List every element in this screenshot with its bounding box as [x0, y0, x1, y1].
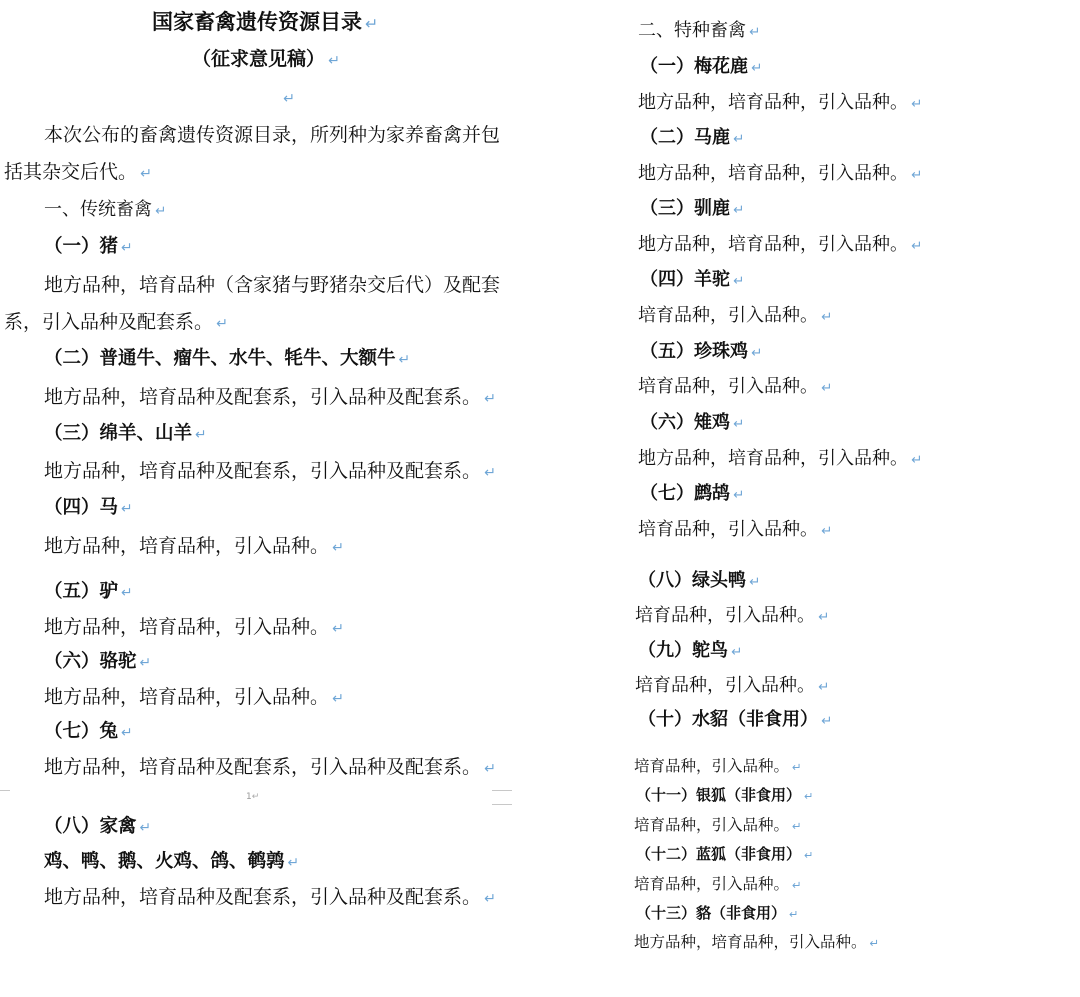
intro-text-cont: 括其杂交后代。↵ — [4, 163, 152, 182]
paragraph-mark-icon: ↵ — [749, 574, 760, 590]
item-heading: （十二）蓝狐（非食用）↵ — [636, 847, 813, 862]
paragraph-mark-icon: ↵ — [121, 501, 133, 517]
item-heading: （四）羊驼↵ — [640, 271, 744, 289]
intro-text: 本次公布的畜禽遗传资源目录，所列种为家养畜禽并包 — [44, 126, 500, 145]
item-desc: 培育品种，引入品种。↵ — [634, 818, 802, 834]
document-title: 国家畜禽遗传资源目录↵ — [152, 12, 378, 33]
item-desc: 地方品种，培育品种，引入品种。↵ — [638, 94, 922, 112]
paragraph-mark-icon: ↵ — [733, 273, 744, 289]
paragraph-mark-icon: ↵ — [733, 202, 744, 218]
paragraph-mark-icon: ↵ — [195, 427, 207, 443]
page-margin-mark — [492, 790, 512, 791]
item-heading: （一）猪↵ — [44, 238, 133, 257]
paragraph-mark-icon: ↵ — [751, 345, 762, 361]
paragraph-mark-icon: ↵ — [870, 936, 880, 950]
paragraph-mark-icon: ↵ — [332, 621, 344, 637]
paragraph-mark-icon: ↵ — [484, 391, 496, 407]
item-desc: 地方品种，培育品种（含家猪与野猪杂交后代）及配套 — [44, 276, 500, 295]
item-heading: （七）兔↵ — [44, 723, 133, 742]
item-desc: 地方品种，培育品种及配套系，引入品种及配套系。↵ — [44, 888, 496, 907]
paragraph-mark-icon: ↵ — [821, 309, 832, 325]
paragraph-mark-icon: ↵ — [818, 679, 829, 695]
item-heading: （六）雉鸡↵ — [640, 414, 744, 432]
paragraph-mark-icon: ↵ — [733, 487, 744, 503]
item-desc: 地方品种，培育品种及配套系，引入品种及配套系。↵ — [44, 462, 496, 481]
paragraph-mark-icon: ↵ — [751, 60, 762, 76]
paragraph-mark-icon: ↵ — [121, 585, 133, 601]
paragraph-mark-icon: ↵ — [484, 761, 496, 777]
paragraph-mark-icon: ↵ — [332, 540, 344, 556]
paragraph-mark-icon: ↵ — [332, 691, 344, 707]
paragraph-mark-icon: ↵ — [484, 465, 496, 481]
item-desc: 地方品种，培育品种，引入品种。↵ — [44, 618, 344, 637]
item-desc: 培育品种，引入品种。↵ — [634, 759, 802, 775]
paragraph-mark-icon: ↵ — [328, 53, 340, 69]
paragraph-mark-icon: ↵ — [821, 380, 832, 396]
paragraph-mark-icon: ↵ — [733, 131, 744, 147]
item-desc: 培育品种，引入品种。↵ — [634, 877, 802, 893]
paragraph-mark-icon: ↵ — [121, 240, 133, 256]
item-heading: （五）珍珠鸡↵ — [640, 343, 762, 361]
item-heading: （二）普通牛、瘤牛、水牛、牦牛、大额牛↵ — [44, 350, 410, 369]
paragraph-mark-icon: ↵ — [733, 416, 744, 432]
paragraph-mark-icon: ↵ — [749, 24, 760, 40]
paragraph-mark-icon: ↵ — [911, 452, 922, 468]
paragraph-mark-icon: ↵ — [121, 725, 133, 741]
paragraph-mark-icon: ↵ — [911, 96, 922, 112]
item-heading: （二）马鹿↵ — [640, 129, 744, 147]
item-heading: （五）驴↵ — [44, 583, 133, 602]
item-desc: 地方品种，培育品种及配套系，引入品种及配套系。↵ — [44, 758, 496, 777]
item-heading: （十）水貂（非食用）↵ — [638, 711, 832, 729]
paragraph-mark-icon: ↵ — [399, 352, 411, 368]
paragraph-mark-icon: ↵ — [140, 820, 152, 836]
item-desc: 培育品种，引入品种。↵ — [635, 677, 829, 695]
paragraph-mark-icon: ↵ — [911, 167, 922, 183]
paragraph-mark-icon: ↵ — [911, 238, 922, 254]
paragraph-mark-icon: ↵ — [789, 908, 798, 921]
document-subtitle: （征求意见稿）↵ — [192, 50, 340, 69]
paragraph-mark-icon: ↵ — [283, 91, 295, 107]
item-desc: 培育品种，引入品种。↵ — [638, 307, 832, 325]
paragraph-mark-icon: ↵ — [288, 855, 300, 871]
item-subheading: 鸡、鸭、鹅、火鸡、鸽、鹌鹑↵ — [44, 853, 299, 872]
paragraph-mark-icon: ↵ — [731, 644, 742, 660]
item-heading: （八）绿头鸭↵ — [638, 572, 760, 590]
item-heading: （八）家禽↵ — [44, 818, 151, 837]
item-desc: 地方品种，培育品种，引入品种。↵ — [44, 688, 344, 707]
item-desc: 地方品种，培育品种，引入品种。↵ — [638, 165, 922, 183]
paragraph-mark-icon: ↵ — [821, 523, 832, 539]
item-heading: （七）鹧鸪↵ — [640, 485, 744, 503]
item-desc: 培育品种，引入品种。↵ — [638, 521, 832, 539]
page-break-line — [0, 790, 10, 791]
paragraph-mark-icon: ↵ — [155, 203, 166, 219]
paragraph-mark-icon: ↵ — [140, 655, 152, 671]
paragraph-mark-icon: ↵ — [140, 166, 152, 182]
item-desc: 地方品种，培育品种，引入品种。↵ — [638, 450, 922, 468]
paragraph-mark-icon: ↵ — [792, 760, 802, 774]
item-desc: 地方品种，培育品种，引入品种。↵ — [44, 537, 344, 556]
paragraph-mark-icon: ↵ — [818, 609, 829, 625]
paragraph-mark-icon: ↵ — [484, 891, 496, 907]
item-desc: 地方品种，培育品种，引入品种。↵ — [634, 935, 879, 951]
item-desc-cont: 系，引入品种及配套系。↵ — [4, 313, 228, 332]
page-number: 1↵ — [246, 792, 259, 802]
paragraph-mark-icon: ↵ — [216, 316, 228, 332]
item-heading: （一）梅花鹿↵ — [640, 58, 762, 76]
paragraph-mark-icon: ↵ — [252, 792, 260, 802]
empty-paragraph: ↵ — [280, 88, 295, 107]
paragraph-mark-icon: ↵ — [804, 790, 813, 803]
item-heading: （九）鸵鸟↵ — [638, 642, 742, 660]
paragraph-mark-icon: ↵ — [792, 819, 802, 833]
item-desc: 地方品种，培育品种，引入品种。↵ — [638, 236, 922, 254]
item-heading: （三）绵羊、山羊↵ — [44, 425, 207, 444]
item-desc: 培育品种，引入品种。↵ — [638, 378, 832, 396]
paragraph-mark-icon: ↵ — [804, 849, 813, 862]
item-heading: （六）骆驼↵ — [44, 653, 151, 672]
page-margin-mark — [492, 804, 512, 805]
paragraph-mark-icon: ↵ — [365, 14, 378, 33]
section-heading: 二、特种畜禽↵ — [638, 22, 760, 40]
item-heading: （四）马↵ — [44, 499, 133, 518]
item-heading: （十一）银狐（非食用）↵ — [636, 788, 813, 803]
item-heading: （十三）貉（非食用）↵ — [636, 906, 798, 921]
item-desc: 地方品种，培育品种及配套系，引入品种及配套系。↵ — [44, 388, 496, 407]
paragraph-mark-icon: ↵ — [821, 713, 832, 729]
section-heading: 一、传统畜禽↵ — [44, 201, 166, 219]
paragraph-mark-icon: ↵ — [792, 878, 802, 892]
item-desc: 培育品种，引入品种。↵ — [635, 607, 829, 625]
item-heading: （三）驯鹿↵ — [640, 200, 744, 218]
